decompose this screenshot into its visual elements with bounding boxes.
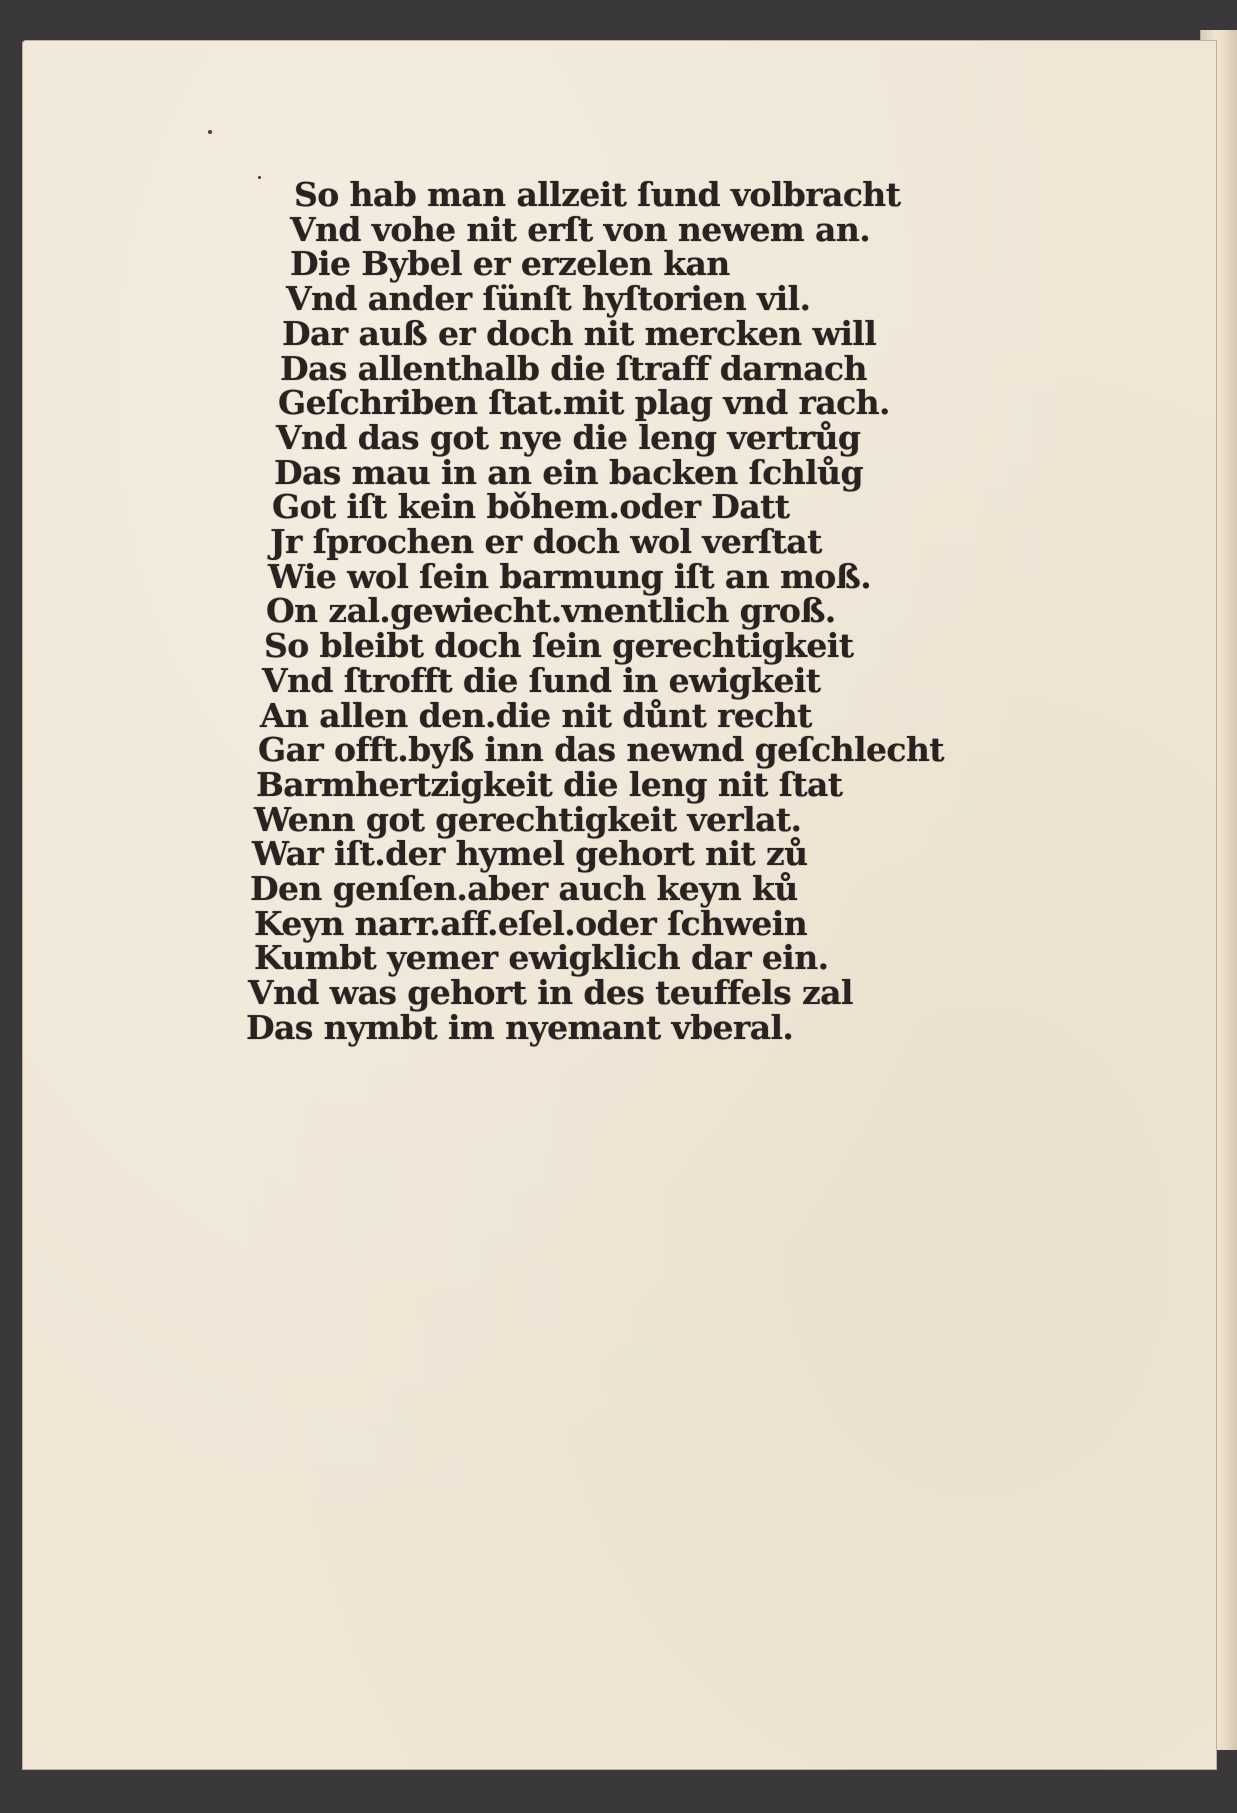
verse-line-12: Wie wol ſein barmung iſt an moß. bbox=[268, 560, 1050, 595]
verse-line-17: Gar offt.byß inn das newnd geſchlecht bbox=[258, 733, 1050, 768]
verse-line-18: Barmhertzigkeit die leng nit ſtat bbox=[256, 768, 1050, 803]
verse-line-4: Vnd ander ſünſt hyſtorien vil. bbox=[286, 282, 1050, 317]
verse-line-8: Vnd das got nye die leng vertrůg bbox=[276, 421, 1050, 456]
verse-line-3: Die Bybel er erzelen kan bbox=[290, 247, 1050, 282]
verse-line-5: Dar auß er doch nit mercken will bbox=[282, 317, 1050, 352]
verse-line-16: An allen den.die nit důnt recht bbox=[260, 699, 1050, 734]
verse-line-6: Das allenthalb die ſtraff darnach bbox=[280, 352, 1050, 387]
verse-line-7: Geſchriben ſtat.mit plag vnd rach. bbox=[278, 386, 1050, 421]
verse-line-25: Das nymbt im nyemant vberal. bbox=[246, 1011, 1050, 1046]
verse-line-11: Jr ſprochen er doch wol verſtat bbox=[270, 525, 1050, 560]
verse-line-19: Wenn got gerechtigkeit verlat. bbox=[254, 803, 1050, 838]
ink-speck bbox=[208, 130, 212, 134]
ink-speck bbox=[258, 176, 261, 179]
verse-line-2: Vnd vohe nit erſt von newem an. bbox=[290, 213, 1050, 248]
verse-line-9: Das mau in an ein backen ſchlůg bbox=[274, 456, 1050, 491]
verse-line-21: Den genſen.aber auch keyn ků bbox=[250, 872, 1050, 907]
verse-text-block: So hab man allzeit ſund volbracht Vnd vo… bbox=[270, 178, 1050, 1046]
verse-line-20: War iſt.der hymel gehort nit zů bbox=[252, 837, 1050, 872]
verse-line-15: Vnd ſtrofft die ſund in ewigkeit bbox=[262, 664, 1050, 699]
verse-line-1: So hab man allzeit ſund volbracht bbox=[294, 178, 1050, 213]
verse-line-24: Vnd was gehort in des teuffels zal bbox=[248, 976, 1050, 1011]
verse-line-13: On zal.gewiecht.vnentlich groß. bbox=[266, 594, 1050, 629]
verse-line-23: Kumbt yemer ewigklich dar ein. bbox=[254, 941, 1050, 976]
verse-line-14: So bleibt doch ſein gerechtigkeit bbox=[264, 629, 1050, 664]
verse-line-10: Got iſt kein bǒhem.oder Datt bbox=[272, 490, 1050, 525]
verse-line-22: Keyn narr.aff.eſel.oder ſchwein bbox=[254, 907, 1050, 942]
